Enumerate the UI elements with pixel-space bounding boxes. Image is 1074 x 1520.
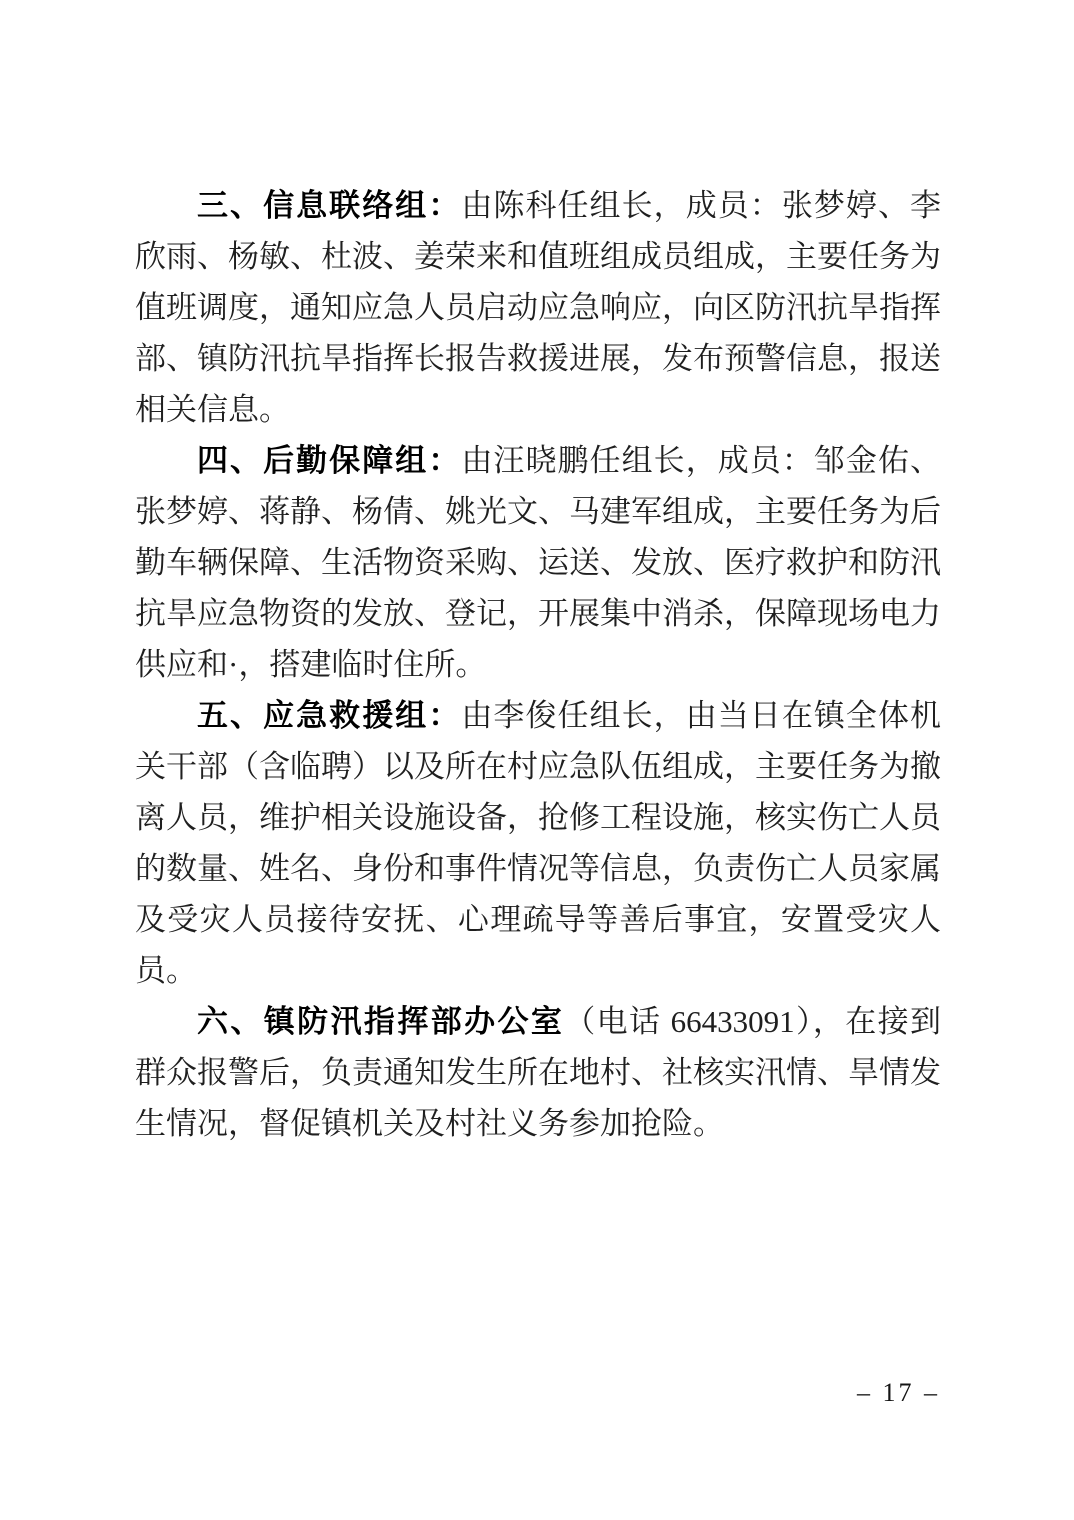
paragraph-lead: 四、后勤保障组：	[197, 443, 461, 478]
paragraph-lead: 三、信息联络组：	[197, 188, 461, 223]
paragraph-body-text: 由陈科任组长，成员：张梦婷、李欣雨、杨敏、杜波、姜荣来和值班组成员组成，主要任务…	[135, 188, 941, 427]
paragraph-flood-control-office: 六、镇防汛指挥部办公室（电话 66433091），在接到群众报警后，负责通知发生…	[135, 996, 941, 1149]
paragraph-lead: 五、应急救援组：	[197, 698, 461, 733]
paragraph-lead: 六、镇防汛指挥部办公室	[197, 1004, 564, 1039]
page-number: – 17 –	[857, 1378, 940, 1408]
paragraph-body-text: 由汪晓鹏任组长，成员：邹金佑、张梦婷、蒋静、杨倩、姚光文、马建军组成，主要任务为…	[135, 443, 941, 682]
paragraph-emergency-rescue-group: 五、应急救援组：由李俊任组长，由当日在镇全体机关干部（含临聘）以及所在村应急队伍…	[135, 690, 941, 996]
paragraph-info-liaison-group: 三、信息联络组：由陈科任组长，成员：张梦婷、李欣雨、杨敏、杜波、姜荣来和值班组成…	[135, 180, 941, 435]
document-body: 三、信息联络组：由陈科任组长，成员：张梦婷、李欣雨、杨敏、杜波、姜荣来和值班组成…	[135, 180, 941, 1149]
paragraph-body-text: 由李俊任组长，由当日在镇全体机关干部（含临聘）以及所在村应急队伍组成，主要任务为…	[135, 698, 941, 988]
document-page: 三、信息联络组：由陈科任组长，成员：张梦婷、李欣雨、杨敏、杜波、姜荣来和值班组成…	[0, 0, 1074, 1520]
paragraph-logistics-group: 四、后勤保障组：由汪晓鹏任组长，成员：邹金佑、张梦婷、蒋静、杨倩、姚光文、马建军…	[135, 435, 941, 690]
